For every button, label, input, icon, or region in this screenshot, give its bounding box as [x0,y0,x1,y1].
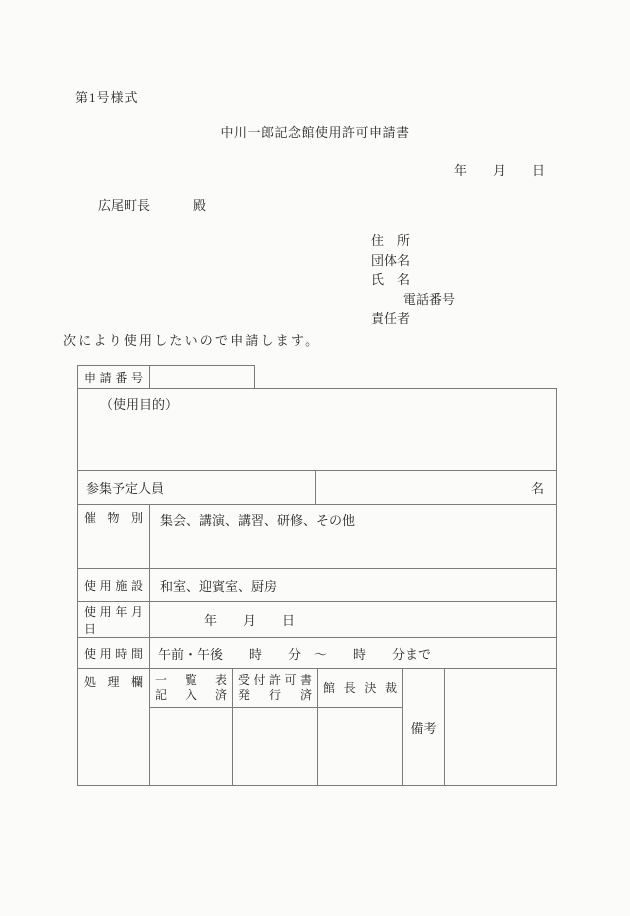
page-title: 中川一郎記念館使用許可申請書 [0,122,630,141]
use-time-label: 使 用 時 間 [78,638,150,668]
name-label: 氏 名 [371,270,455,290]
event-type-label: 催 物 別 [78,505,150,568]
purpose-row: （使用目的） [78,389,556,471]
application-number-field [150,366,254,388]
list-entry-header: 一 覧 表 記 入 済 [150,669,232,708]
event-type-options: 集会、講演、講習、研修、その他 [150,505,556,568]
attendees-row: 参集予定人員 名 [78,471,556,505]
facility-label: 使 用 施 設 [78,569,150,601]
attendees-label: 参集予定人員 [78,471,316,504]
processing-label: 処 理 欄 [78,669,150,785]
use-time-value: 午前・午後 時 分 ～ 時 分まで [150,638,556,668]
form-number: 第1号様式 [75,87,139,106]
intro-text: 次により使用したいので申請します。 [63,330,320,349]
facility-options: 和室、迎賓室、厨房 [150,569,556,601]
director-approval-header: 館 長 決 裁 [318,669,402,708]
organization-label: 団体名 [371,251,455,271]
remarks-field [445,669,556,785]
permit-issued-field [233,708,317,785]
remarks-label: 備考 [410,718,436,737]
application-number-row: 申 請 番 号 [77,365,255,388]
use-date-label: 使用年月日 [78,602,150,637]
use-time-row: 使 用 時 間 午前・午後 時 分 ～ 時 分まで [78,638,556,669]
processing-col-director-approval: 館 長 決 裁 [318,669,403,785]
application-number-label: 申 請 番 号 [78,366,150,388]
processing-col-list-entry: 一 覧 表 記 入 済 [150,669,233,785]
date-line: 年 月 日 [454,160,545,179]
use-date-row: 使用年月日 年 月 日 [78,602,556,638]
attendees-unit: 名 [316,471,556,504]
director-approval-field [318,708,402,785]
application-table: （使用目的） 参集予定人員 名 催 物 別 集会、講演、講習、研修、その他 使 … [77,388,557,786]
permit-issued-header: 受付許可書 発 行 済 [233,669,317,708]
event-type-row: 催 物 別 集会、講演、講習、研修、その他 [78,505,556,569]
addressee-line: 広尾町長殿 [98,195,206,214]
list-entry-field [150,708,232,785]
processing-row: 処 理 欄 一 覧 表 記 入 済 受付許可書 発 行 済 館 長 決 裁 [78,669,556,785]
applicant-block: 住 所 団体名 氏 名 電話番号 責任者 [371,231,455,329]
address-label: 住 所 [371,231,455,251]
application-form-page: 第1号様式 中川一郎記念館使用許可申請書 年 月 日 広尾町長殿 住 所 団体名… [0,0,630,916]
phone-label: 電話番号 [371,290,455,310]
remarks-column: 備考 [403,669,445,785]
processing-col-permit-issued: 受付許可書 発 行 済 [233,669,318,785]
addressee-name: 広尾町長 [98,198,150,213]
purpose-label: （使用目的） [100,394,178,470]
facility-row: 使 用 施 設 和室、迎賓室、厨房 [78,569,556,602]
addressee-honorific: 殿 [193,195,206,214]
responsible-label: 責任者 [371,309,455,329]
use-date-value: 年 月 日 [150,602,556,637]
